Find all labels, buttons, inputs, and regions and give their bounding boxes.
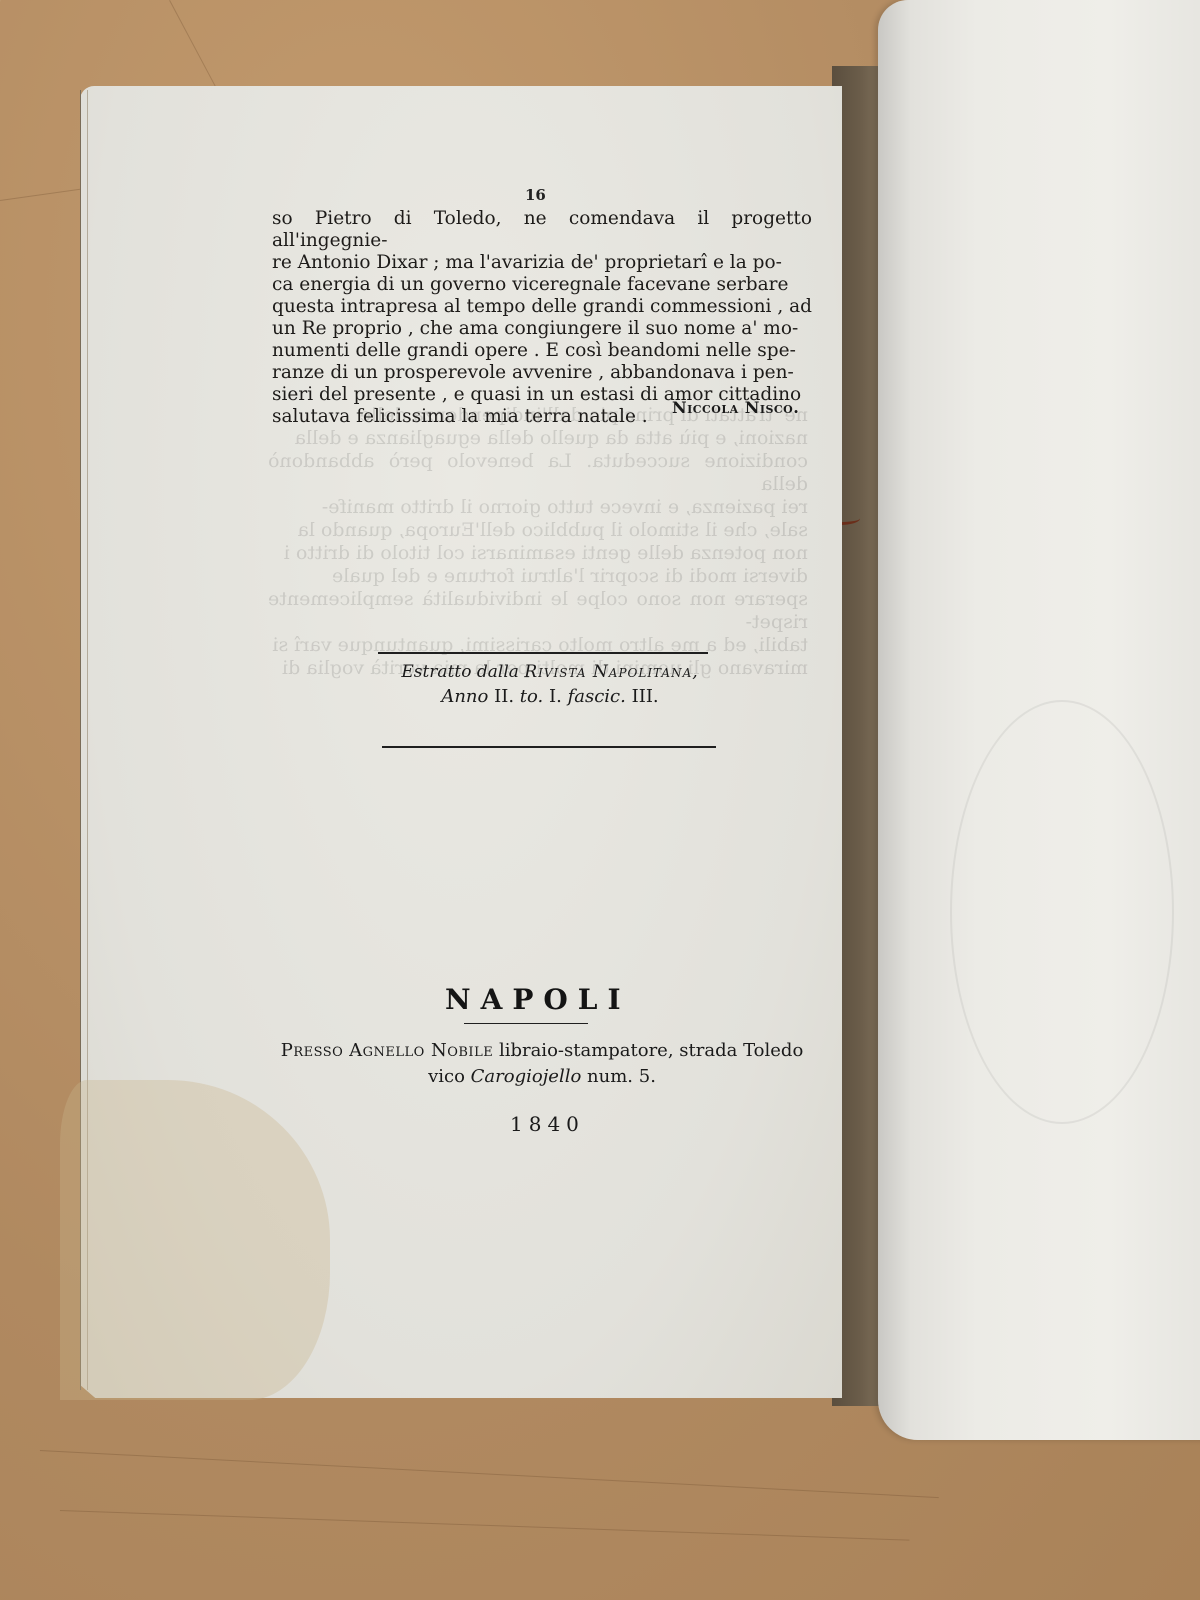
journal-name: Rivista Napolitana, (524, 662, 698, 682)
text-line: un Re proprio , che ama congiungere il s… (272, 318, 812, 340)
text-line: ca energia di un governo viceregnale fac… (272, 274, 812, 296)
page-number: 16 (525, 186, 546, 204)
author-signature: Niccola Nisco. (672, 398, 799, 417)
body-paragraph: so Pietro di Toledo, ne comendava il pro… (272, 208, 812, 428)
imprint-line: Presso Agnello Nobile libraio-stampatore… (262, 1038, 822, 1090)
text-line: ranze di un prosperevole avvenire , abba… (272, 362, 812, 384)
text-line: so Pietro di Toledo, ne comendava il pro… (272, 208, 812, 252)
imprint-city: NAPOLI (445, 983, 631, 1016)
printer-name: Agnello Nobile (349, 1040, 493, 1061)
text-line: numenti delle grandi opere . E così bean… (272, 340, 812, 362)
paper-watermark (950, 700, 1174, 1124)
separator-rule-bottom (382, 746, 716, 748)
text-line: re Antonio Dixar ; ma l'avarizia de' pro… (272, 252, 812, 274)
extract-prefix: Estratto dalla (401, 662, 519, 682)
publication-year: 1840 (510, 1112, 585, 1136)
extract-note: Estratto dalla Rivista Napolitana, Anno … (380, 662, 720, 707)
separator-rule-top (378, 652, 708, 654)
bleed-through-text: ne' trattati di principio dall'indipende… (268, 404, 808, 680)
city-underline (464, 1023, 588, 1024)
street-name: Carogiojello (471, 1066, 582, 1087)
desk-scratch (60, 1510, 910, 1541)
desk-scratch (40, 1450, 939, 1498)
text-line: questa intrapresa al tempo delle grandi … (272, 296, 812, 318)
